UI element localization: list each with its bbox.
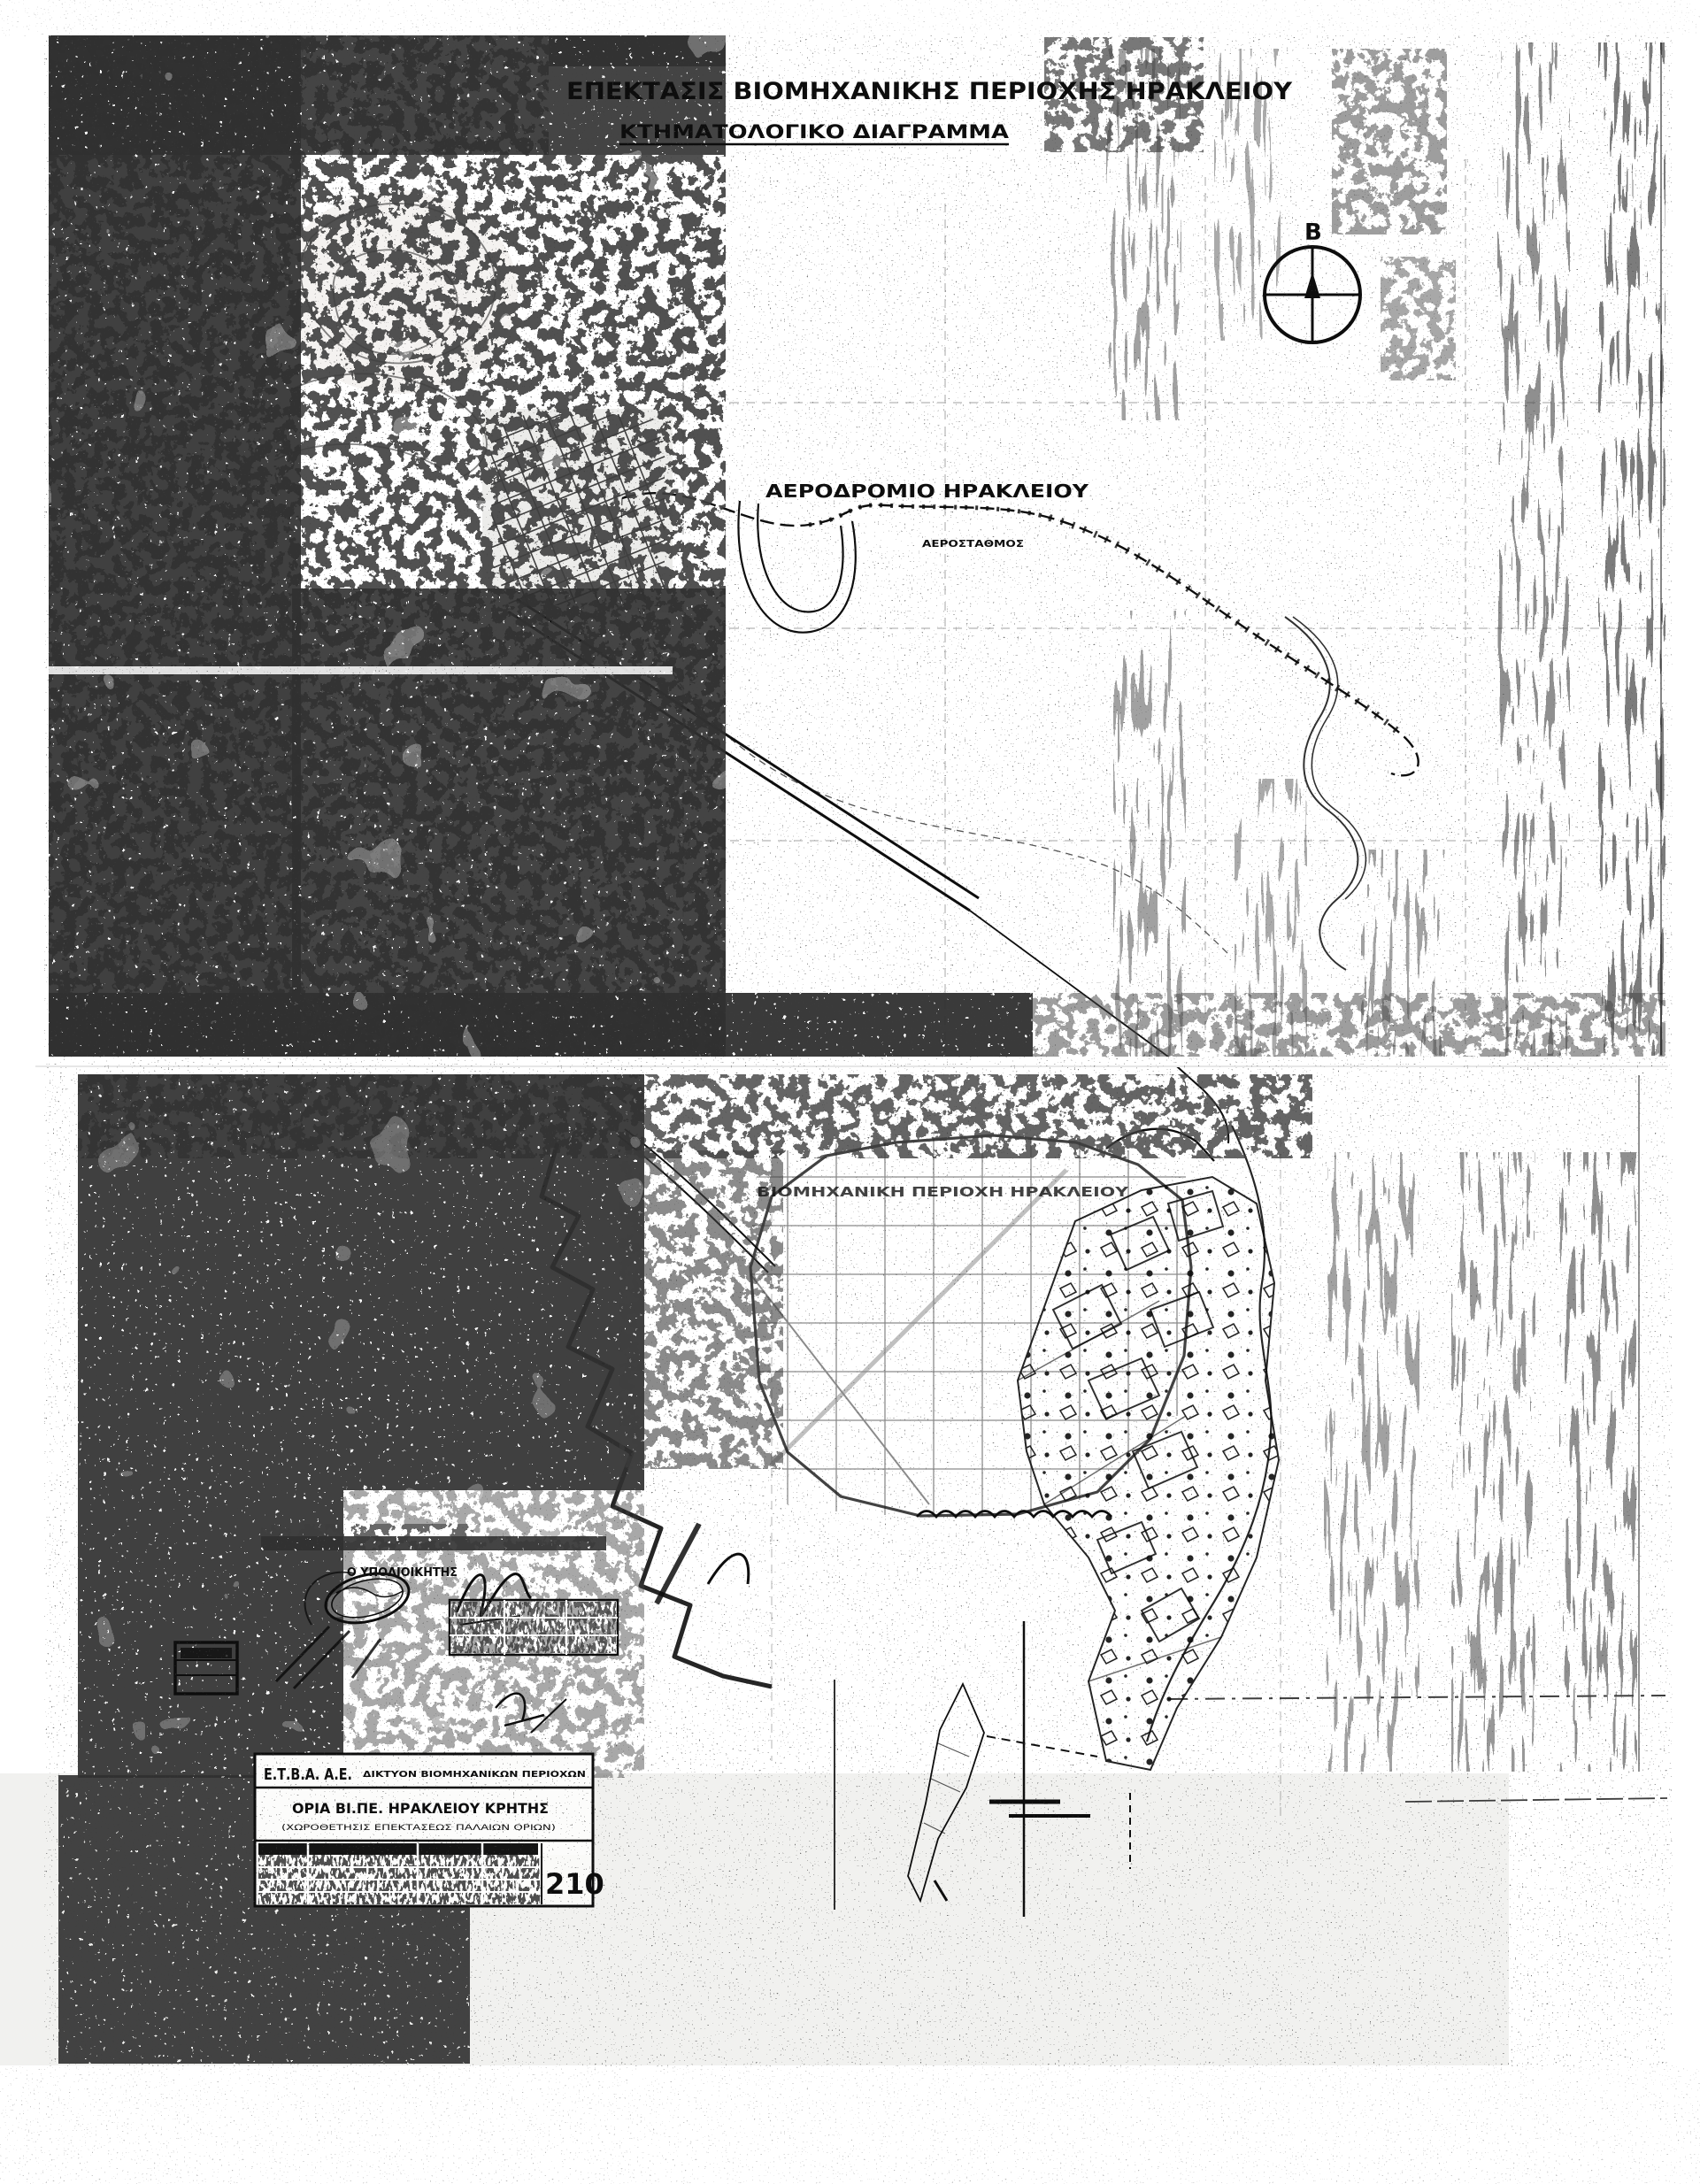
scanned-map-page: ΕΠΕΚΤΑΣΙΣ ΒΙΟΜΗΧΑΝΙΚΗΣ ΠΕΡΙΟΧΗΣ ΗΡΑΚΛΕΙΟ… [0, 0, 1700, 2184]
map-scan-canvas: ΕΠΕΚΤΑΣΙΣ ΒΙΟΜΗΧΑΝΙΚΗΣ ΠΕΡΙΟΧΗΣ ΗΡΑΚΛΕΙΟ… [0, 0, 1700, 2184]
global-speckle [0, 0, 1700, 2184]
